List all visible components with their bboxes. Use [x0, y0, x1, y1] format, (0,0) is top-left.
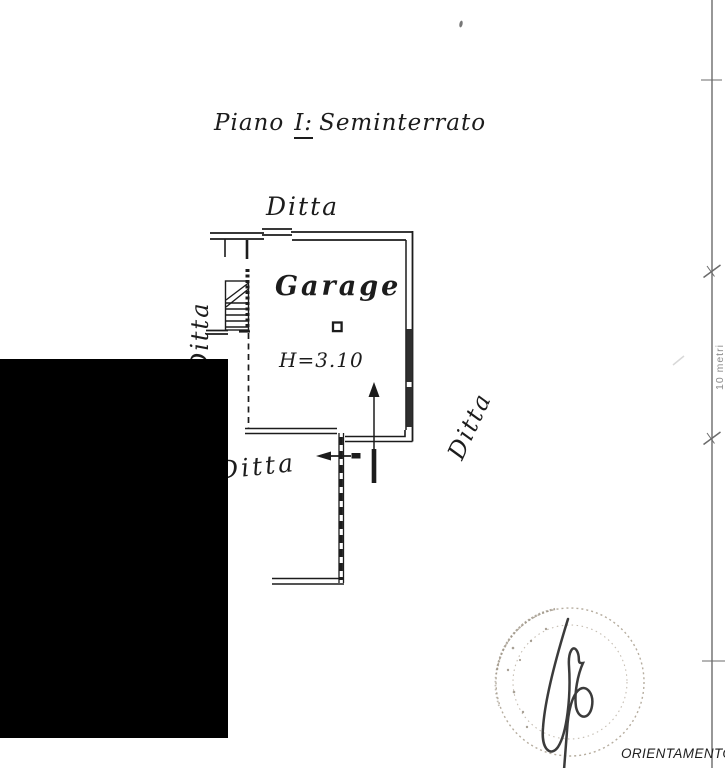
- scan-speck: [459, 20, 464, 27]
- lower-retaining-wall: [272, 579, 344, 585]
- window-strip: [406, 387, 412, 427]
- sheet-border-line: [673, 0, 725, 768]
- up-arrow-icon: [369, 382, 380, 483]
- plan-wall-stubs: [225, 239, 247, 259]
- floor-title: PianoI:Seminterrato: [214, 110, 486, 136]
- floor-title-roman-numeral: I:: [294, 110, 313, 139]
- plan-top-wall: [210, 229, 413, 240]
- orientation-label: ORIENTAMENTO: [621, 746, 725, 761]
- plan-right-wall: [406, 231, 413, 442]
- room-height-label: H=3.10: [279, 348, 364, 372]
- floor-title-prefix: Piano: [214, 110, 284, 136]
- staircase: [226, 269, 249, 331]
- room-label-garage: Garage: [275, 271, 401, 302]
- margin-smudge: [673, 356, 684, 365]
- floor-title-name: Seminterrato: [319, 110, 486, 136]
- plan-bottom-wall: [245, 429, 337, 434]
- left-arrow-icon: [316, 452, 361, 461]
- entrance-threshold: [345, 430, 413, 442]
- redaction-box: [0, 359, 228, 738]
- ditta-label-top: Ditta: [266, 192, 339, 221]
- signature-scribble: [543, 619, 593, 768]
- pillar-marker: [333, 323, 342, 332]
- window-strip: [406, 329, 412, 382]
